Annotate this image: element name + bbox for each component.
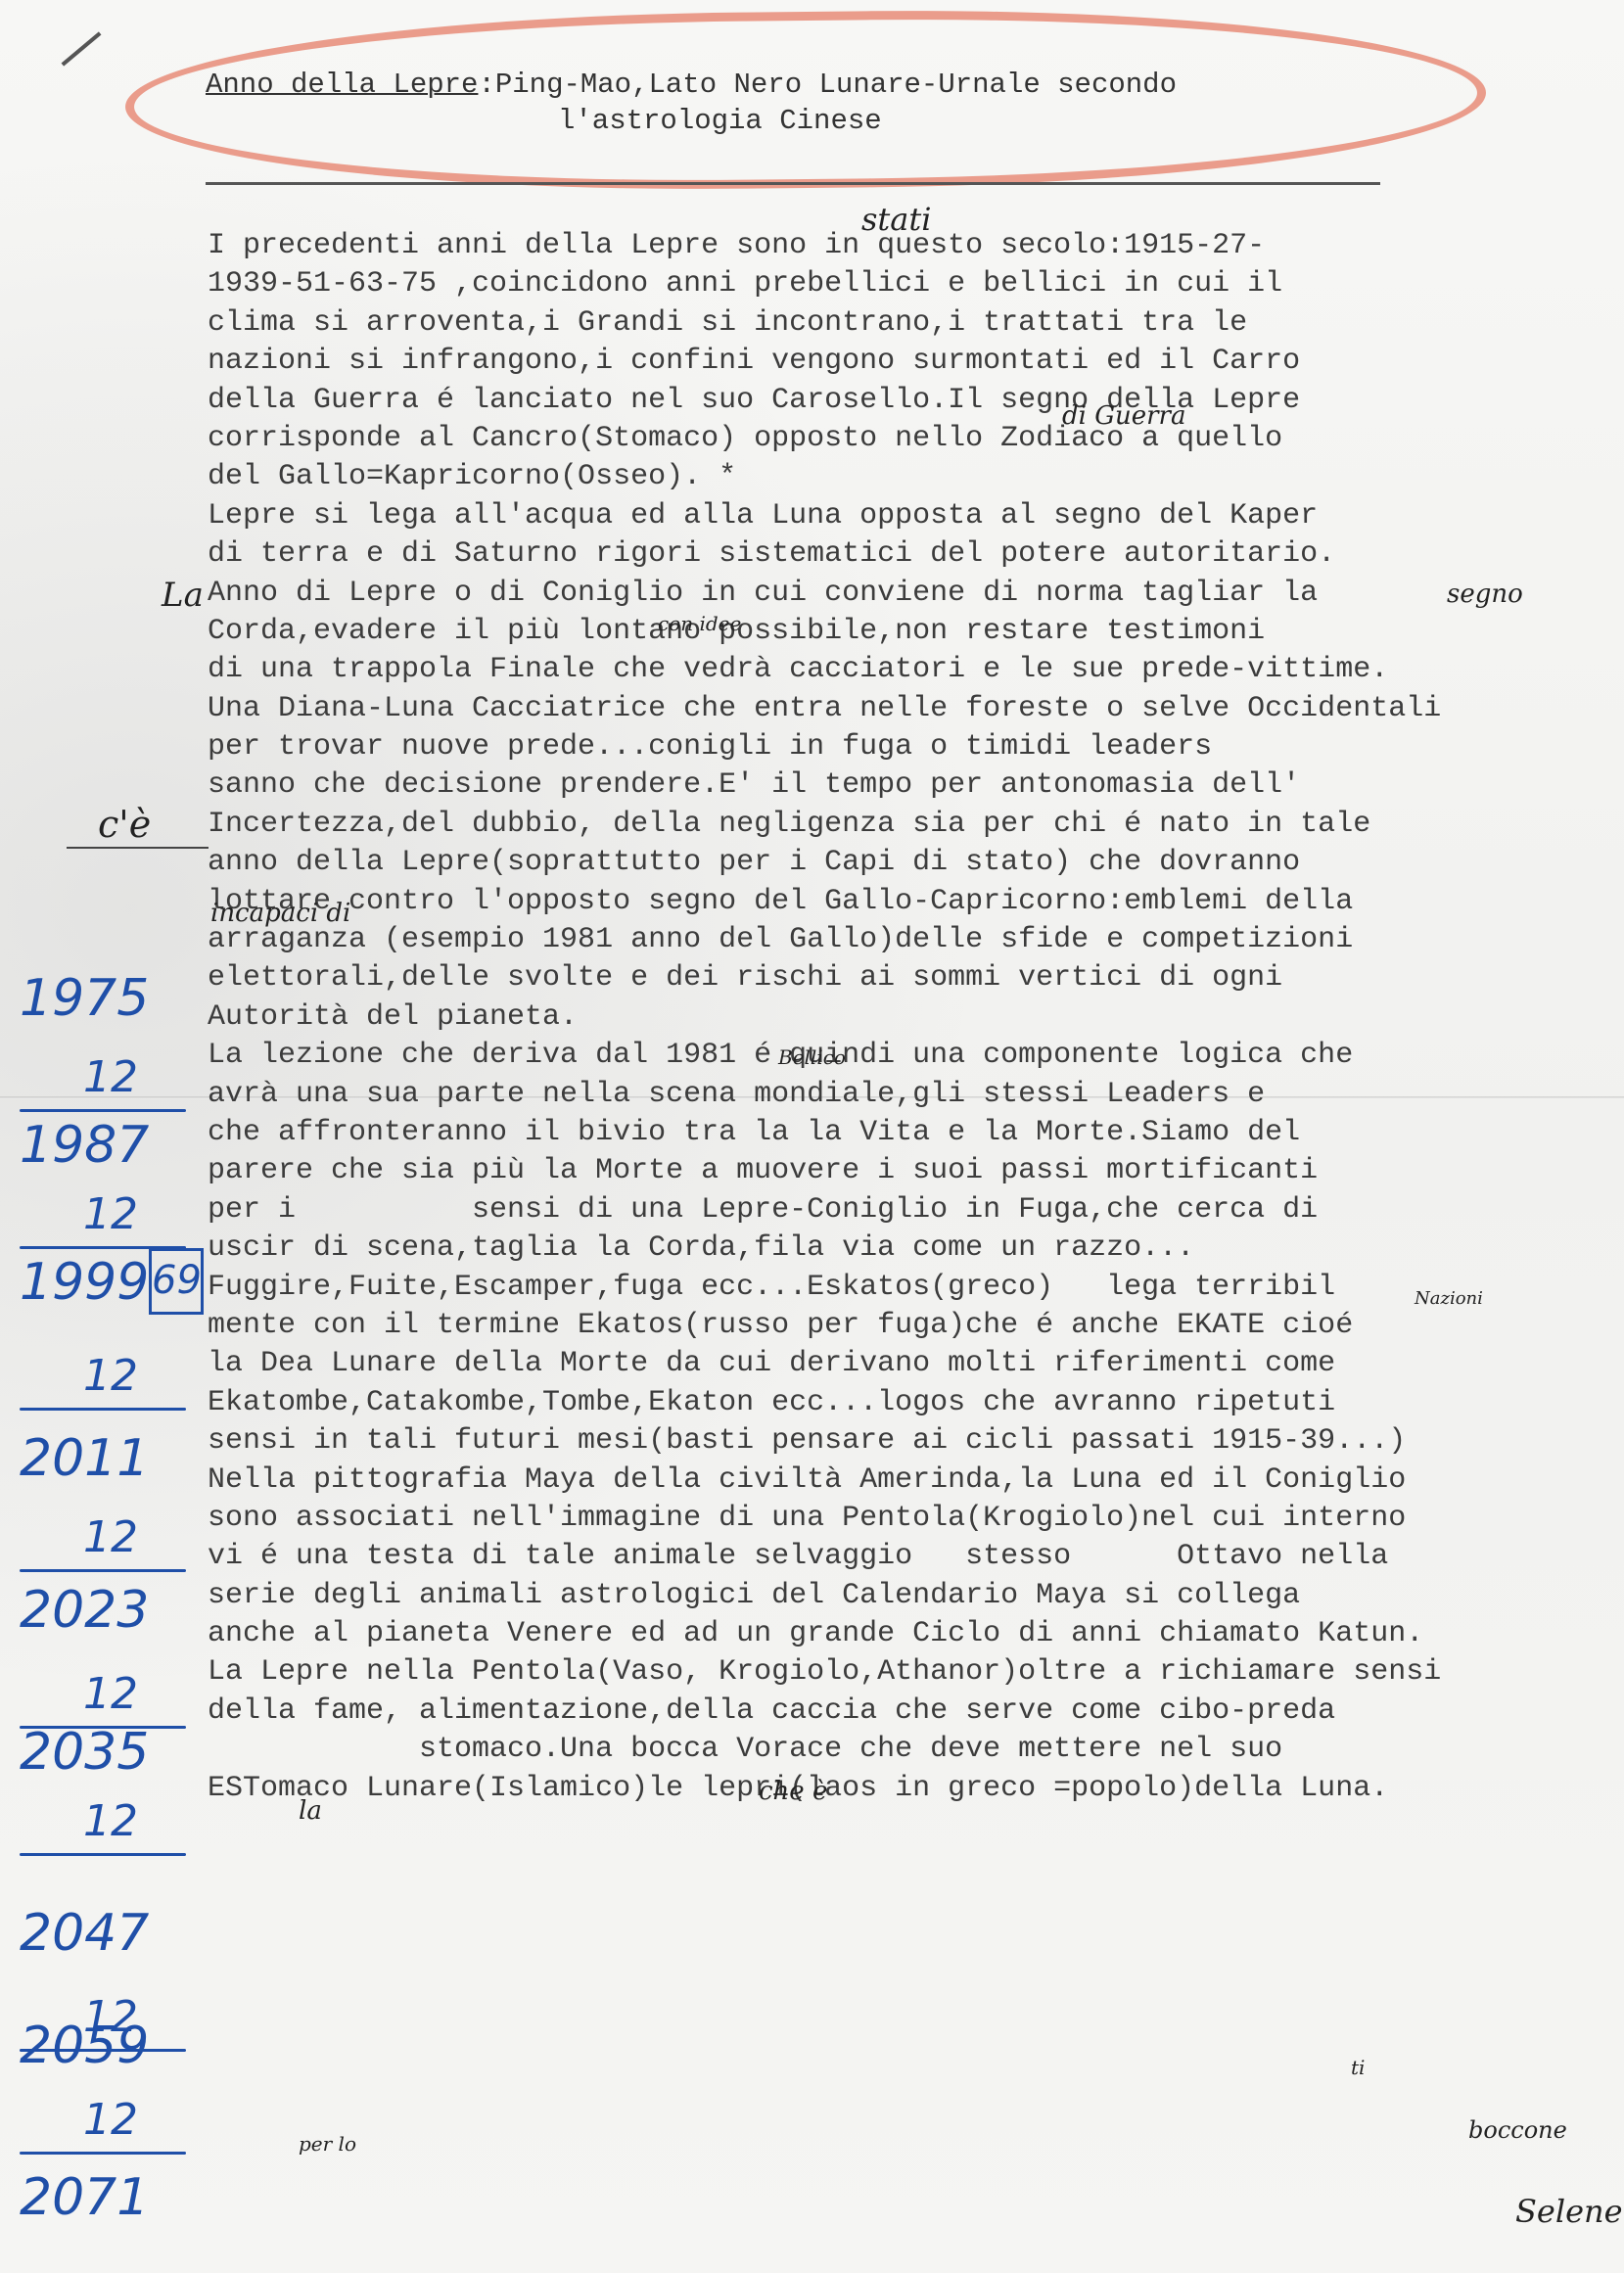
margin-sum-line xyxy=(20,1853,186,1856)
text-line: clima si arroventa,i Grandi si incontran… xyxy=(208,304,1598,343)
annotation-selene: Selene xyxy=(1515,2193,1623,2230)
text-line: La Lepre nella Pentola(Vaso, Krogiolo,At… xyxy=(208,1653,1598,1692)
margin-year: 2011 xyxy=(20,1429,149,1488)
text-line: per trovar nuove prede...conigli in fuga… xyxy=(208,728,1598,766)
text-line: la Dea Lunare della Morte da cui derivan… xyxy=(208,1345,1598,1383)
text-line: Nella pittografia Maya della civiltà Ame… xyxy=(208,1461,1598,1500)
text-line: di una trappola Finale che vedrà cacciat… xyxy=(208,651,1598,689)
margin-sum-line xyxy=(20,1408,186,1411)
text-line: sensi in tali futuri mesi(basti pensare … xyxy=(208,1422,1598,1461)
margin-year: 1975 xyxy=(20,969,149,1028)
text-line: per i sensi di una Lepre-Coniglio in Fug… xyxy=(208,1191,1598,1229)
document-title: Anno della Lepre:Ping-Mao,Lato Nero Luna… xyxy=(206,67,1380,139)
title-line-2: l'astrologia Cinese xyxy=(206,103,1380,139)
margin-sum-line xyxy=(20,1109,186,1112)
margin-year: 2035 xyxy=(20,1723,149,1782)
text-line: del Gallo=Kapricorno(Osseo). * xyxy=(208,458,1598,496)
text-line: anche al pianeta Venere ed ad un grande … xyxy=(208,1615,1598,1653)
text-line: della fame, alimentazione,della caccia c… xyxy=(208,1693,1598,1731)
text-line: vi é una testa di tale animale selvaggio… xyxy=(208,1538,1598,1576)
margin-increment: 12 xyxy=(83,1512,138,1562)
annotation-con-idee: con idee xyxy=(658,612,741,635)
margin-year: 2047 xyxy=(20,1904,149,1963)
text-line: Fuggire,Fuite,Escamper,fuga ecc...Eskato… xyxy=(208,1269,1598,1307)
text-line: Incertezza,del dubbio, della negligenza … xyxy=(208,806,1598,844)
text-line: che affronteranno il bivio tra la la Vit… xyxy=(208,1114,1598,1152)
margin-increment: 12 xyxy=(83,1351,138,1401)
text-line: arraganza (esempio 1981 anno del Gallo)d… xyxy=(208,921,1598,959)
boxed-number: 69 xyxy=(149,1248,204,1315)
margin-sum-line xyxy=(20,1569,186,1572)
margin-year: 1987 xyxy=(20,1116,149,1175)
text-line: avrà una sua parte nella scena mondiale,… xyxy=(208,1076,1598,1114)
text-line: sanno che decisione prendere.E' il tempo… xyxy=(208,766,1598,805)
margin-year: 2071 xyxy=(20,2168,149,2227)
text-line: serie degli animali astrologici del Cale… xyxy=(208,1577,1598,1615)
title-underlined: Anno della Lepre xyxy=(206,69,478,101)
text-line: parere che sia più la Morte a muovere i … xyxy=(208,1152,1598,1190)
margin-year: 1999 xyxy=(20,1253,149,1312)
text-line: Autorità del pianeta. xyxy=(208,998,1598,1037)
annotation-segno: segno xyxy=(1447,580,1523,609)
text-line: della Guerra é lanciato nel suo Carosell… xyxy=(208,382,1598,420)
annotation-di-guerra: di Guerra xyxy=(1062,401,1185,431)
text-line: anno della Lepre(soprattutto per i Capi … xyxy=(208,844,1598,882)
text-line: sono associati nell'immagine di una Pent… xyxy=(208,1500,1598,1538)
text-line: nazioni si infrangono,i confini vengono … xyxy=(208,343,1598,381)
typed-body: I precedenti anni della Lepre sono in qu… xyxy=(208,227,1598,1808)
margin-increment: 12 xyxy=(83,1052,138,1102)
text-line: Una Diana-Luna Cacciatrice che entra nel… xyxy=(208,690,1598,728)
text-line: ESTomaco Lunare(Islamico)le lepri(laos i… xyxy=(208,1770,1598,1808)
text-line: elettorali,delle svolte e dei rischi ai … xyxy=(208,959,1598,997)
margin-year: 2059 xyxy=(20,2017,149,2075)
margin-increment: 12 xyxy=(83,1189,138,1239)
text-line: Ekatombe,Catakombe,Tombe,Ekaton ecc...lo… xyxy=(208,1384,1598,1422)
margin-year: 2023 xyxy=(20,1581,149,1640)
annotation-la-2: la xyxy=(299,1796,322,1826)
annotation-per-lo: per lo xyxy=(299,2132,356,2156)
text-line: Lepre si lega all'acqua ed alla Luna opp… xyxy=(208,497,1598,535)
margin-sum-line xyxy=(20,2152,186,2155)
text-line: La lezione che deriva dal 1981 é quindi … xyxy=(208,1037,1598,1075)
margin-increment: 12 xyxy=(83,1796,138,1846)
text-line: Corda,evadere il più lontano possibile,n… xyxy=(208,613,1598,651)
text-line: lottare contro l'opposto segno del Gallo… xyxy=(208,883,1598,921)
text-line: stomaco.Una bocca Vorace che deve metter… xyxy=(208,1731,1598,1769)
annotation-boccone: boccone xyxy=(1468,2116,1567,2144)
title-rule xyxy=(206,182,1380,185)
text-line: 1939-51-63-75 ,coincidono anni prebellic… xyxy=(208,265,1598,303)
annotation-che-e: che è xyxy=(759,1777,827,1806)
text-line: Anno di Lepre o di Coniglio in cui convi… xyxy=(208,575,1598,613)
margin-increment: 12 xyxy=(83,1669,138,1719)
text-line: mente con il termine Ekatos(russo per fu… xyxy=(208,1307,1598,1345)
title-rest: :Ping-Mao,Lato Nero Lunare-Urnale second… xyxy=(478,69,1177,101)
text-line: di terra e di Saturno rigori sistematici… xyxy=(208,535,1598,574)
margin-increment: 12 xyxy=(83,2095,138,2145)
annotation-ti: ti xyxy=(1351,2056,1365,2079)
annotation-stati: stati xyxy=(861,201,931,238)
annotation-incapaci-di: incapaci di xyxy=(210,899,350,928)
annotation-bellico: Bellico xyxy=(778,1045,846,1069)
text-line: uscir di scena,taglia la Corda,fila via … xyxy=(208,1229,1598,1268)
margin-calculation: 1975121987121999122011122023122035122047… xyxy=(0,0,206,2273)
text-line: corrisponde al Cancro(Stomaco) opposto n… xyxy=(208,420,1598,458)
annotation-nazioni: Nazioni xyxy=(1415,1288,1483,1309)
